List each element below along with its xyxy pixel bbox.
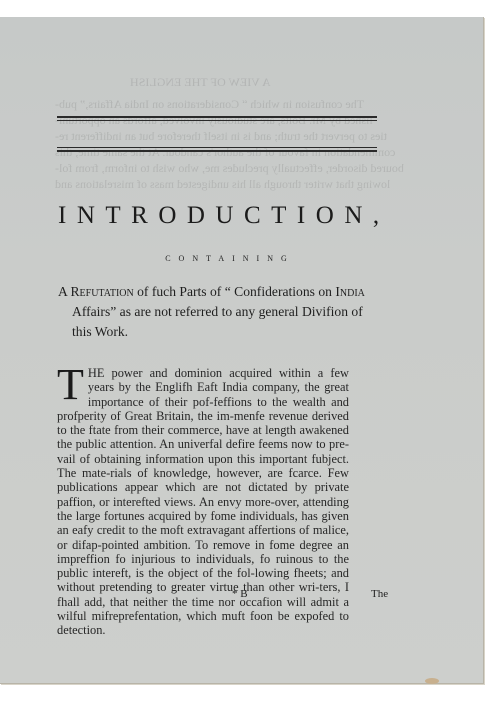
subtitle-text: of fuch Parts of “ Confiderations on (134, 284, 336, 299)
showthrough-line: ties to pervert the truth; and is in its… (55, 129, 387, 144)
showthrough-line: lowing that writer through all his undig… (55, 177, 390, 192)
paragraph-text: HE power and dominion acquired within a … (57, 366, 349, 637)
double-rule-top (57, 147, 377, 148)
body-paragraph: THE power and dominion acquired within a… (57, 366, 349, 638)
double-rule-bottom (57, 120, 377, 121)
double-rule-bottom (57, 150, 377, 152)
subtitle-text: A (58, 284, 70, 299)
subtitle-line: this Work. (58, 322, 388, 342)
catchword: The (371, 588, 388, 600)
double-rule-top (57, 116, 377, 118)
chapter-title: INTRODUCTION, (58, 202, 368, 230)
drop-cap: T (57, 368, 84, 402)
chapter-subtitle: A Refutation of fuch Parts of “ Confider… (58, 282, 388, 342)
paper-stain (425, 678, 439, 684)
containing-label: CONTAINING (0, 254, 440, 263)
subtitle-line: Affairs” as are not referred to any gene… (58, 302, 388, 322)
signature-mark: * B (232, 588, 248, 600)
showthrough-line: The confusion in which “ Considerations … (55, 97, 364, 112)
subtitle-smallcaps: Refutation (70, 284, 133, 299)
showthrough-line: boured disorder, effectually precludes m… (55, 161, 404, 176)
showthrough-header: A VIEW OF THE ENGLISH (130, 75, 271, 90)
subtitle-smallcaps: India (335, 284, 365, 299)
